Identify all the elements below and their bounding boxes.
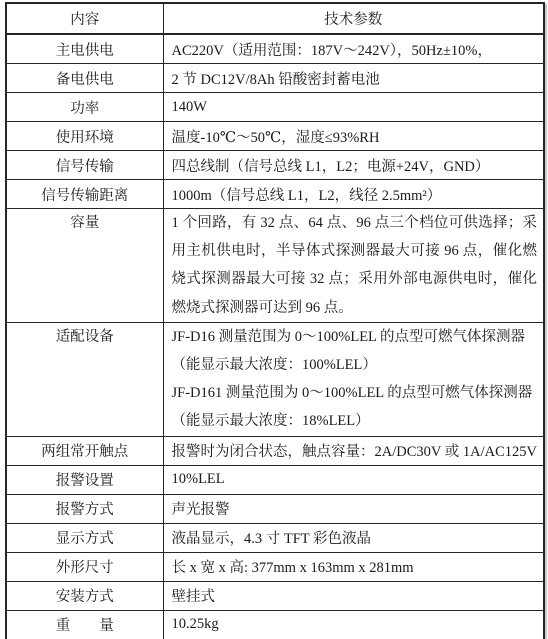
row-alarm-mode: 报警方式 声光报警 [6,494,544,523]
row-backup-power-supply: 备电供电 2 节 DC12V/8Ah 铅酸密封蓄电池 [6,64,544,93]
label-weight: 重 量 [6,610,163,639]
value-weight: 10.25kg [163,610,544,639]
row-compatible-devices: 适配设备 JF-D16 测量范围为 0～100%LEL 的点型可燃气体探测器 （… [6,322,544,436]
row-weight: 重 量 10.25kg [6,610,544,639]
row-capacity: 容量 1 个回路，有 32 点、64 点、96 点三个档位可供选择；采用主机供电… [6,209,544,323]
value-relay-contacts: 报警时为闭合状态，触点容量：2A/DC30V 或 1A/AC125V [163,436,544,465]
value-mounting: 壁挂式 [163,581,544,610]
value-alarm-setting: 10%LEL [163,465,544,494]
column-header-tech-params: 技术参数 [163,3,544,34]
value-signal-transmission-distance: 1000m（信号总线 L1，L2，线径 2.5mm²） [163,180,544,209]
value-dimensions: 长 x 宽 x 高: 377mm x 163mm x 281mm [163,552,544,581]
label-mounting: 安装方式 [6,581,163,610]
label-signal-transmission-distance: 信号传输距离 [6,180,163,209]
value-power: 140W [163,93,544,122]
row-main-power-supply: 主电供电 AC220V（适用范围：187V～242V），50Hz±10%， [6,34,544,64]
row-operating-environment: 使用环境 温度-10℃～50℃，湿度≤93%RH [6,122,544,151]
label-dimensions: 外形尺寸 [6,552,163,581]
value-main-power-supply: AC220V（适用范围：187V～242V），50Hz±10%， [163,34,544,64]
label-operating-environment: 使用环境 [6,122,163,151]
spec-table-body: 主电供电 AC220V（适用范围：187V～242V），50Hz±10%， 备电… [6,34,544,639]
row-alarm-setting: 报警设置 10%LEL [6,465,544,494]
label-capacity: 容量 [6,209,163,323]
row-signal-transmission: 信号传输 四总线制（信号总线 L1，L2；电源+24V，GND） [6,151,544,180]
label-alarm-mode: 报警方式 [6,494,163,523]
row-mounting: 安装方式 壁挂式 [6,581,544,610]
value-operating-environment: 温度-10℃～50℃，湿度≤93%RH [163,122,544,151]
label-backup-power-supply: 备电供电 [6,64,163,93]
value-capacity: 1 个回路，有 32 点、64 点、96 点三个档位可供选择；采用主机供电时，半… [163,209,544,323]
label-compatible-devices: 适配设备 [6,322,163,436]
header-row: 内容 技术参数 [6,3,544,34]
column-header-content: 内容 [6,3,163,34]
label-signal-transmission: 信号传输 [6,151,163,180]
row-display-mode: 显示方式 液晶显示，4.3 寸 TFT 彩色液晶 [6,523,544,552]
row-power: 功率 140W [6,93,544,122]
label-display-mode: 显示方式 [6,523,163,552]
spec-table: 内容 技术参数 主电供电 AC220V（适用范围：187V～242V），50Hz… [5,2,545,639]
row-relay-contacts: 两组常开触点 报警时为闭合状态，触点容量：2A/DC30V 或 1A/AC125… [6,436,544,465]
value-display-mode: 液晶显示，4.3 寸 TFT 彩色液晶 [163,523,544,552]
label-alarm-setting: 报警设置 [6,465,163,494]
value-signal-transmission: 四总线制（信号总线 L1，L2；电源+24V，GND） [163,151,544,180]
label-main-power-supply: 主电供电 [6,34,163,64]
value-alarm-mode: 声光报警 [163,494,544,523]
value-compatible-devices: JF-D16 测量范围为 0～100%LEL 的点型可燃气体探测器 （能显示最大… [163,322,544,436]
row-signal-transmission-distance: 信号传输距离 1000m（信号总线 L1，L2，线径 2.5mm²） [6,180,544,209]
label-power: 功率 [6,93,163,122]
row-dimensions: 外形尺寸 长 x 宽 x 高: 377mm x 163mm x 281mm [6,552,544,581]
label-relay-contacts: 两组常开触点 [6,436,163,465]
value-backup-power-supply: 2 节 DC12V/8Ah 铅酸密封蓄电池 [163,64,544,93]
